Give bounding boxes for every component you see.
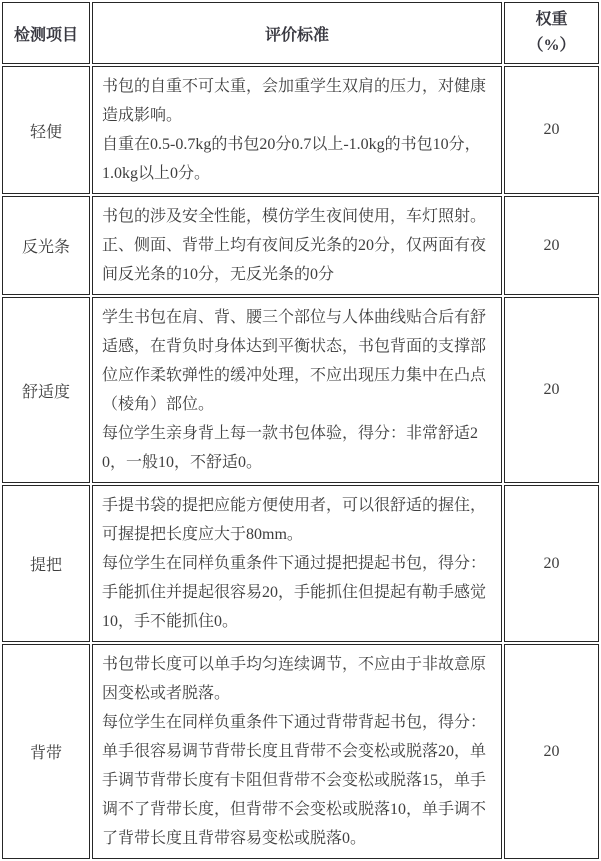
standard-cell: 书包的自重不可太重，会加重学生双肩的压力，对健康造成影响。 自重在0.5-0.7…	[92, 66, 502, 194]
standard-paragraph: 书包带长度可以单手均匀连续调节，不应由于非故意原因变松或者脱落。	[102, 650, 492, 708]
item-label: 舒适度	[2, 297, 90, 483]
standard-paragraph: 正、侧面、背带上均有夜间反光条的20分，仅两面有夜间反光条的10分，无反光条的0…	[102, 231, 492, 289]
header-row: 检测项目 评价标准 权重 （%）	[2, 2, 599, 64]
evaluation-criteria-table: 检测项目 评价标准 权重 （%） 轻便 书包的自重不可太重，会加重学生双肩的压力…	[0, 0, 601, 861]
table-row-comfort: 舒适度 学生书包在肩、背、腰三个部位与人体曲线贴合后有舒适感，在背负时身体达到平…	[2, 297, 599, 483]
weight-value: 20	[504, 66, 599, 194]
standard-cell: 学生书包在肩、背、腰三个部位与人体曲线贴合后有舒适感，在背负时身体达到平衡状态，…	[92, 297, 502, 483]
table-row-shoulder-strap: 背带 书包带长度可以单手均匀连续调节，不应由于非故意原因变松或者脱落。 每位学生…	[2, 644, 599, 859]
weight-value: 20	[504, 485, 599, 642]
weight-value: 20	[504, 196, 599, 295]
standard-paragraph: 学生书包在肩、背、腰三个部位与人体曲线贴合后有舒适感，在背负时身体达到平衡状态，…	[102, 303, 492, 419]
weight-value: 20	[504, 644, 599, 859]
item-label: 提把	[2, 485, 90, 642]
standard-paragraph: 自重在0.5-0.7kg的书包20分0.7以上-1.0kg的书包10分，1.0k…	[102, 130, 492, 188]
standard-cell: 书包带长度可以单手均匀连续调节，不应由于非故意原因变松或者脱落。 每位学生在同样…	[92, 644, 502, 859]
standard-paragraph: 书包的涉及安全性能，模仿学生夜间使用，车灯照射。	[102, 202, 492, 231]
standard-cell: 书包的涉及安全性能，模仿学生夜间使用，车灯照射。 正、侧面、背带上均有夜间反光条…	[92, 196, 502, 295]
table-row-reflective-strip: 反光条 书包的涉及安全性能，模仿学生夜间使用，车灯照射。 正、侧面、背带上均有夜…	[2, 196, 599, 295]
header-item-column: 检测项目	[2, 2, 90, 64]
item-label: 轻便	[2, 66, 90, 194]
standard-paragraph: 单手很容易调节背带长度且背带不会变松或脱落20，单手调节背带长度有卡阻但背带不会…	[102, 737, 492, 853]
header-weight-line1: 权重	[507, 7, 596, 33]
table-row-handle: 提把 手提书袋的提把应能方便使用者，可以很舒适的握住，可握提把长度应大于80mm…	[2, 485, 599, 642]
standard-paragraph: 每位学生亲身背上每一款书包体验，得分：非常舒适20，一般10，不舒适0。	[102, 419, 492, 477]
standard-paragraph: 每位学生在同样负重条件下通过提把提起书包，得分：	[102, 549, 492, 578]
item-label: 背带	[2, 644, 90, 859]
standard-cell: 手提书袋的提把应能方便使用者，可以很舒适的握住，可握提把长度应大于80mm。 每…	[92, 485, 502, 642]
header-standard-column: 评价标准	[92, 2, 502, 64]
weight-value: 20	[504, 297, 599, 483]
standard-paragraph: 每位学生在同样负重条件下通过背带背起书包，得分：	[102, 708, 492, 737]
table-row-lightweight: 轻便 书包的自重不可太重，会加重学生双肩的压力，对健康造成影响。 自重在0.5-…	[2, 66, 599, 194]
standard-paragraph: 手提书袋的提把应能方便使用者，可以很舒适的握住，可握提把长度应大于80mm。	[102, 491, 492, 549]
standard-paragraph: 手能抓住并提起很容易20，手能抓住但提起有勒手感觉10，手不能抓住0。	[102, 578, 492, 636]
standard-paragraph: 书包的自重不可太重，会加重学生双肩的压力，对健康造成影响。	[102, 72, 492, 130]
header-weight-line2: （%）	[507, 33, 596, 59]
header-weight-column: 权重 （%）	[504, 2, 599, 64]
item-label: 反光条	[2, 196, 90, 295]
